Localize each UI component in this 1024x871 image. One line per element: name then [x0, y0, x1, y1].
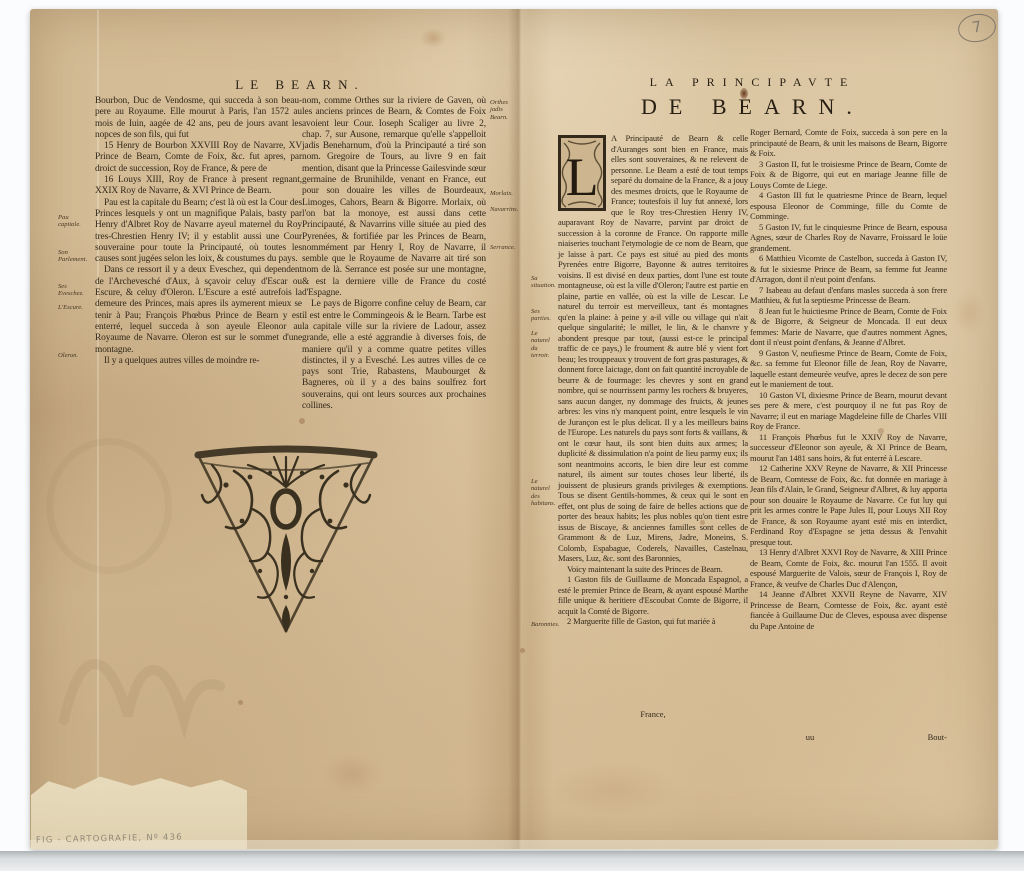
margin-note: Le naturel des habitans. — [531, 478, 556, 508]
initial-letter: L — [566, 147, 599, 207]
paragraph: 2 Marguerite fille de Gaston, qui fut ma… — [558, 616, 748, 627]
margin-note: Sa situation. — [531, 275, 556, 290]
stain-spot — [548, 762, 678, 816]
margin-note: Pau capitale. — [58, 214, 90, 229]
stain-spot — [420, 28, 446, 48]
margin-note: Serrance. — [490, 244, 522, 251]
paragraph: 11 François Phœbus fut le XXIV Roy de Na… — [750, 432, 947, 464]
paragraph: 5 Gaston IV, fut le cinquiesme Prince de… — [750, 222, 947, 254]
margin-note: Le naturel du terroir. — [531, 330, 556, 360]
paragraph: Roger Bernard, Comte de Foix, succeda à … — [750, 127, 947, 159]
right-col-2: Roger Bernard, Comte de Foix, succeda à … — [750, 127, 947, 631]
paragraph: 10 Gaston VI, dixiesme Prince de Bearn, … — [750, 390, 947, 432]
paragraph: 9 Gaston V, neufiesme Prince de Bearn, C… — [750, 348, 947, 390]
paragraph: 16 Louys XIII, Roy de France à present r… — [95, 175, 302, 198]
paragraph: 4 Gaston III fut le quatriesme Prince de… — [750, 190, 947, 222]
margin-note: Son Parlement. — [58, 249, 90, 264]
margin-note: Morlaix. — [490, 190, 522, 197]
margin-note: Oleron. — [58, 352, 90, 359]
left-page-header: LE BEARN. — [100, 77, 500, 93]
paragraph: 6 Matthieu Vicomte de Castelbon, succeda… — [750, 253, 947, 285]
signature-mark: uu — [750, 732, 870, 742]
paragraph: 15 Henry de Bourbon XXVIII Roy de Navarr… — [95, 141, 302, 175]
paragraph: 8 Jean fut le huictiesme Prince de Bearn… — [750, 306, 947, 348]
stain-spot — [299, 418, 305, 424]
paragraph: 12 Catherine XXV Reyne de Navarre, & XII… — [750, 463, 947, 547]
stain-spot — [320, 752, 384, 796]
center-fold — [508, 9, 530, 849]
paragraph: 1 Gaston fils de Guillaume de Moncada Es… — [558, 574, 748, 616]
paragraph: 7 Isabeau au defaut d'enfans masles succ… — [750, 285, 947, 306]
margin-note: L'Escure. — [58, 304, 90, 311]
right-page-header-line1: LA PRINCIPAVTE — [560, 75, 945, 90]
margin-note: Ses parties. — [531, 308, 556, 323]
paragraph: Voicy maintenant la suite des Princes de… — [558, 564, 748, 575]
show-through-squiggle — [52, 628, 232, 738]
woodcut-initial: L — [558, 135, 606, 211]
left-col-1: Bourbon, Duc de Vendosme, qui succeda à … — [95, 96, 302, 367]
margin-note: Ses Eveschez. — [58, 283, 90, 298]
paragraph: Pau est la capitale du Bearn; c'est là o… — [95, 198, 302, 266]
paragraph: 14 Jeanne d'Albret XXVII Reyne de Navarr… — [750, 589, 947, 631]
right-page-header-line2: DE BEARN. — [560, 94, 945, 120]
margin-note: Orthes jadis Bearn. — [490, 99, 522, 121]
catchword: France, — [558, 709, 748, 719]
margin-note: Navarrins. — [490, 206, 522, 213]
left-col-2: nom, comme Orthes sur la riviere de Gave… — [302, 96, 486, 412]
paragraph: 13 Henry d'Albret XXVI Roy de Navarre, &… — [750, 547, 947, 589]
show-through-ghost — [46, 438, 172, 574]
catchword: Bout- — [900, 732, 947, 742]
paragraph: Dans ce ressort il y a deux Eveschez, qu… — [95, 265, 302, 355]
stain-spot — [238, 700, 243, 705]
margin-note: Baronnies. — [531, 621, 556, 628]
scanned-book-spread: LE BEARN. Bourbon, Duc de Vendosme, qui … — [0, 0, 1024, 871]
tailpiece-ornament — [190, 437, 382, 639]
paragraph: Le pays de Bigorre confine celuy de Bear… — [302, 299, 486, 412]
stain-spot — [520, 648, 525, 653]
right-col-1: L A Principauté de Bearn & celle d'Auran… — [558, 133, 748, 627]
paragraph: Bourbon, Duc de Vendosme, qui succeda à … — [95, 96, 302, 141]
paragraph: Il y a quelques autres villes de moindre… — [95, 356, 302, 367]
stain-spot — [952, 290, 986, 336]
paragraph: 3 Gaston II, fut le troisiesme Prince de… — [750, 159, 947, 191]
scanner-mat-edge — [0, 851, 1024, 871]
paragraph: nom, comme Orthes sur la riviere de Gave… — [302, 96, 486, 299]
